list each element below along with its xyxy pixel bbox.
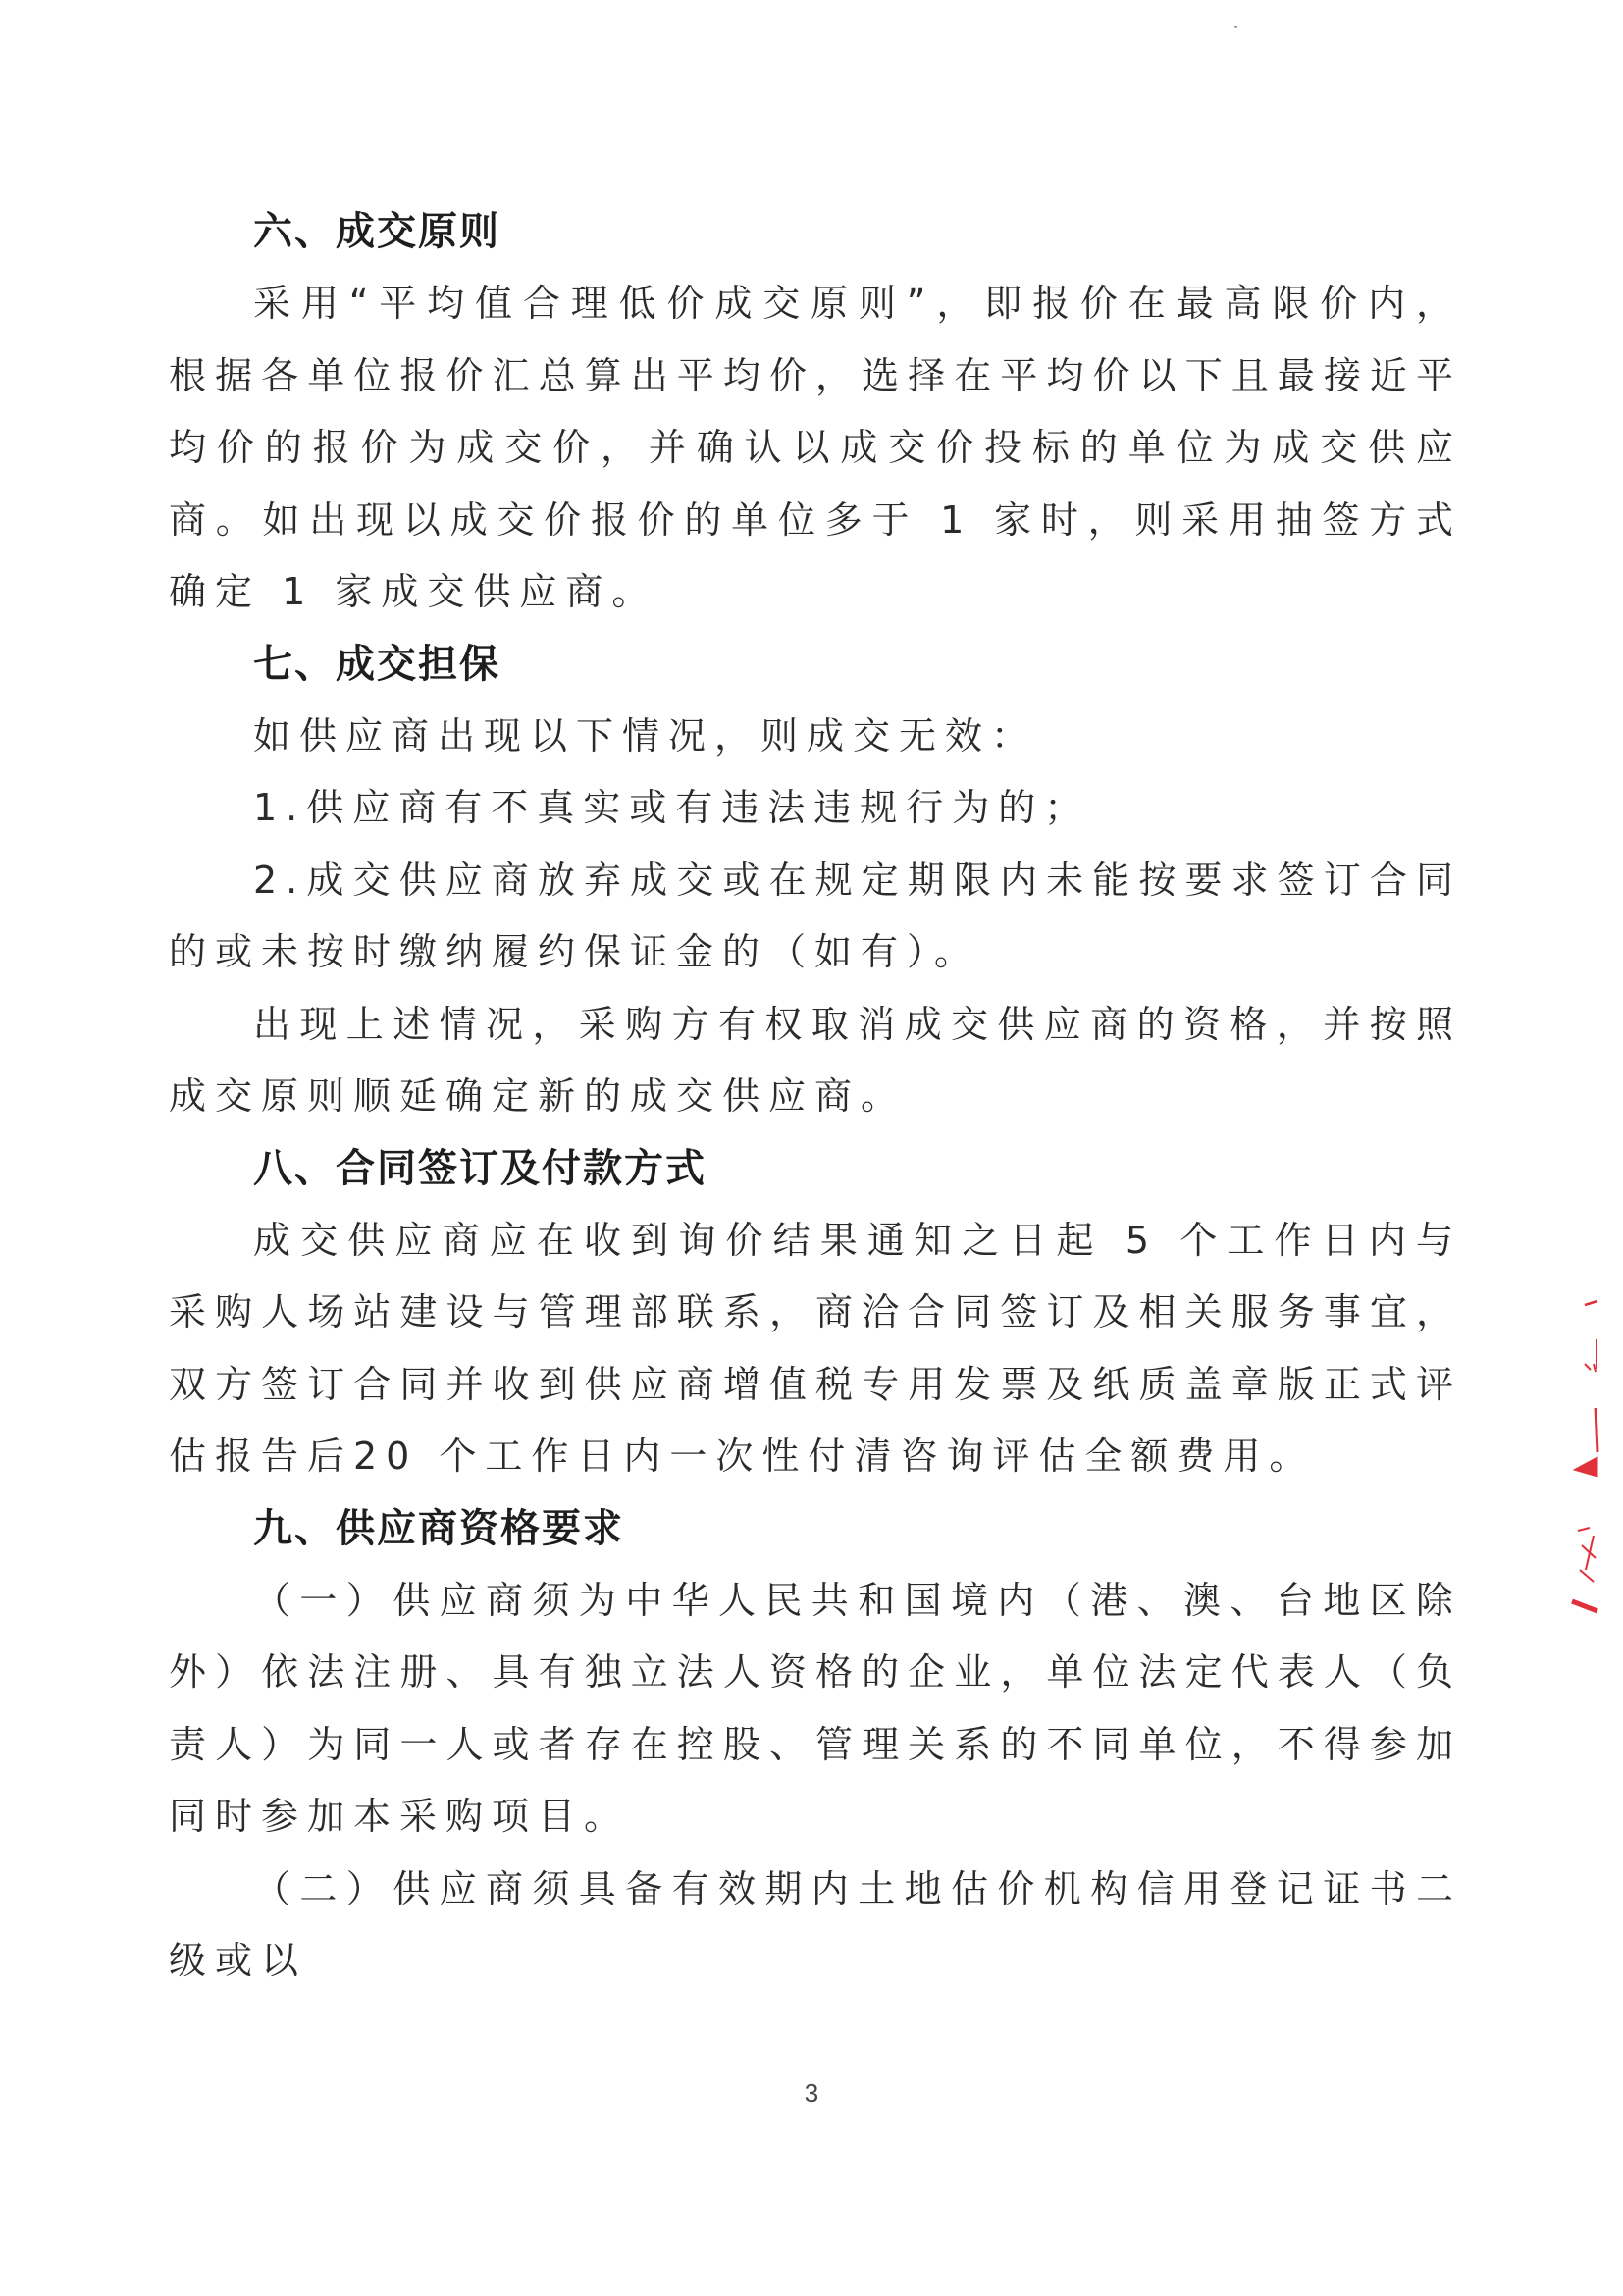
document-body: 六、成交原则 采用“平均值合理低价成交原则”，即报价在最高限价内，根据各单位报价…: [169, 196, 1462, 1998]
scan-speck: [1234, 26, 1237, 28]
list-item: 2.成交供应商放弃成交或在规定期限内未能按要求签订合同的或未按时缴纳履约保证金的…: [169, 845, 1462, 989]
section-heading-7: 七、成交担保: [169, 629, 1462, 701]
paragraph: （一）供应商须为中华人民共和国境内（港、澳、台地区除外）依法注册、具有独立法人资…: [169, 1565, 1462, 1853]
page-number: 3: [0, 2078, 1623, 2109]
list-item: 1.供应商有不真实或有违法违规行为的；: [169, 772, 1462, 845]
section-heading-9: 九、供应商资格要求: [169, 1493, 1462, 1565]
paragraph: （二）供应商须具备有效期内土地估价机构信用登记证书二级或以: [169, 1853, 1462, 1998]
section-heading-8: 八、合同签订及付款方式: [169, 1133, 1462, 1205]
section-heading-6: 六、成交原则: [169, 196, 1462, 268]
paragraph: 如供应商出现以下情况，则成交无效：: [169, 701, 1462, 773]
document-page: 六、成交原则 采用“平均值合理低价成交原则”，即报价在最高限价内，根据各单位报价…: [0, 0, 1623, 2296]
paragraph: 采用“平均值合理低价成交原则”，即报价在最高限价内，根据各单位报价汇总算出平均价…: [169, 268, 1462, 629]
paragraph: 成交供应商应在收到询价结果通知之日起 5 个工作日内与采购人场站建设与管理部联系…: [169, 1205, 1462, 1493]
paragraph: 出现上述情况，采购方有权取消成交供应商的资格，并按照成交原则顺延确定新的成交供应…: [169, 989, 1462, 1133]
red-seal-stamp-edge: [1560, 1295, 1599, 1639]
